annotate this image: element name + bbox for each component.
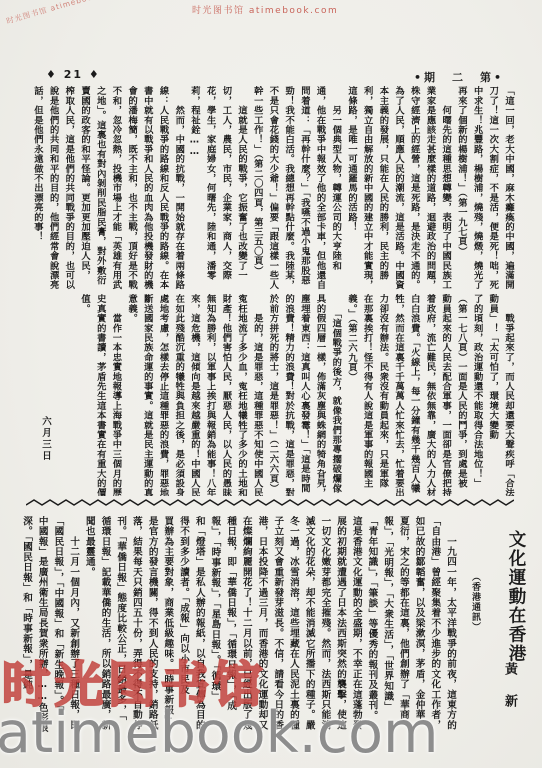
text-column: 勁！我不能白活。我總想再幹點什麼。我陸某， <box>280 86 296 292</box>
corner-watermark: 时光图书馆 atimebook.com <box>5 0 121 27</box>
scanned-page: 时光图书馆 atimebook.com 时光图书馆 atimebook.com … <box>0 0 542 768</box>
text-column: 書中就有以戰爭和人民的血肉為他投機發財的機 <box>139 86 155 292</box>
issue-label: •期 二 第• <box>414 69 504 85</box>
text-column: 這條路，是唯一可通羅馬的活路！ <box>343 86 359 292</box>
text-column: 之地」。這裏也有對內剝削民脂民膏，對外敷衍 <box>92 86 108 292</box>
article1-date: 六月三日 <box>38 416 52 462</box>
text-column: 無知為勝利，以軍事上挨打與報銷為能事！八年 <box>202 294 218 496</box>
text-column: 力卻沒有辦法。民衆沒有動員起來，只是軍隊 <box>375 294 391 496</box>
text-column: 是的，這是罪惡，這種罪惡不知使中國人民 <box>249 294 265 496</box>
text-column: 這就是人民的戰爭，它振奮了也改變了一 <box>233 86 249 292</box>
text-column: 白白浪費。「火線上，每一分鐘有幾千幾百人犧 <box>406 294 422 496</box>
article2-author: 黃 新 <box>500 662 519 710</box>
article1-text-zone1: 「這一回，老大中國，麻木癱瘓的中國，遍滿開刀了！這一次大割症，不是活，便是死！咄… <box>26 86 516 292</box>
text-column: 本主義的發展，只能在人民的勝利，民主的勝 <box>375 86 391 292</box>
top-watermark: 时光图书馆 atimebook.com <box>192 3 338 16</box>
text-column: 一九四一年，太平洋戰爭的前夜，這東方的 <box>442 516 458 768</box>
text-column: （第一七八頁）一面是人民的鬥爭，到處是被 <box>453 294 469 496</box>
text-column: 通，他在戰爭中報效了他的全部卡車，但他還自 <box>312 86 328 292</box>
text-column: 在如此殘酷沉重的犧牲與負担之後，是必須設身 <box>171 294 187 496</box>
text-column: 牲，然而在這裏千千萬萬人忙來忙去，忙着要出 <box>390 294 406 496</box>
text-column: 財產！他們害怕人民，厭惡人民，以人民的愚昧 <box>218 294 234 496</box>
text-column: 話，但是他們永遠做不出漂亮的事！ <box>29 86 45 292</box>
page-number: ♦ 21 ♦ <box>46 68 101 81</box>
text-column: 來，這危機，這傾向是越來越嚴重的！中國人民 <box>186 294 202 496</box>
text-column: 然而，中國的抗戰，一開始就存在着兩條路 <box>171 86 187 292</box>
text-column: 會的潘梅簡，既不主和，也不主戰，頂好是不戰 <box>123 86 139 292</box>
text-column: 線：人民戰爭的路線和反人民戰爭的路線。在本 <box>155 86 171 292</box>
text-column: 另一個典型人物，轉運公司的大亨陸和 <box>328 86 344 292</box>
text-column: 的浪費！精力的浪費！對於抗戰，這是罪惡，對 <box>280 294 296 496</box>
text-column: 莉，程祉銓…… <box>186 86 202 292</box>
text-column: 花，學生，家庭婦女，何曙先，陸和通，潘零 <box>202 86 218 292</box>
text-column: 再來了個新的楊樹浦！」（第一九七頁） <box>453 86 469 292</box>
text-column: 值。 <box>76 294 92 496</box>
text-column: 「這個戰爭的後方，就像我們那專擱破爛傢 <box>328 294 344 496</box>
text-column: 在那裏挨打！怪不得有人說這是軍事的報國主 <box>359 294 375 496</box>
article1-text-zone2: 戰爭起來了，而人民却還要大聲疾呼「合法動員」！「太可怕了，環境大變動了的頃刻，政… <box>26 294 516 496</box>
text-column: 刀了！這一次大割症，不是活，便是死！咄，死 <box>485 86 501 292</box>
text-column: 中求生！兆豐路，楊樹浦，燒殘，燒燬，燒光了 <box>469 86 485 292</box>
article2-title: 文化運動在香港 <box>504 530 529 663</box>
text-column: 問着道：「再幹什麼？」「我嚥不過小鬼那股惡 <box>296 86 312 292</box>
zigzag-line-icon <box>26 498 514 508</box>
text-column: 株守經濟上的經營，這是死路，是決走不通的。 <box>406 86 422 292</box>
text-column: 塵埋着東西：這真叫人心裏發霉！」「這是時間 <box>296 294 312 496</box>
text-column: 何曙先的這種思想轉變，表明了中國民族工 <box>437 86 453 292</box>
text-column: 業家是應該走甚麼樣的道路，迴避政治的問題， <box>422 86 438 292</box>
text-column: 斷送國家民族命運的事實。這就是民主運動的真 <box>139 294 155 496</box>
text-column: 不和，忽冷忽熱，投機市場上才能「英雄有用武 <box>108 86 124 292</box>
text-column: 說是他們的共同和平的目的，他們經常會說漂亮 <box>45 86 61 292</box>
text-column: 史真實的書讀，茅盾先生這本書實在有重大的價 <box>92 294 108 496</box>
text-column: 利，獨立自由解放的新中國的建立中才能實現， <box>359 86 375 292</box>
text-column: 賣國的政客的和平怪論。更加更加壓迫人民， <box>76 86 92 292</box>
text-column: 動員」！「太可怕了，環境大變動 <box>485 294 501 496</box>
text-column: 着政府，流亡難民，無依無靠，廣大的人力人材 <box>422 294 438 496</box>
text-column: 幹一些工作！」（第二〇四頁，第三五〇頁） <box>249 86 265 292</box>
text-column: 當作一本忠實地報導上海戰爭中三個月的歷 <box>108 294 124 496</box>
text-column: 意義。 <box>123 294 139 496</box>
article2-subtitle: （香港通訊） <box>469 572 482 632</box>
text-column: 不是只會花錢的大少爺！」偏要「跟這樣一些人 <box>265 86 281 292</box>
text-column: 寃枉地流了多少血，寃枉地犧牲了多少的土地和 <box>233 294 249 496</box>
text-column: 榨取人民，這是他們的共同戰爭的目的，也可以 <box>61 86 77 292</box>
text-column: 切，工人，農民，市民，企業家，商人，交際 <box>218 86 234 292</box>
bottom-watermark-url: atimebook.com <box>0 700 439 766</box>
text-column: 於前方拼死的將士，這是罪惡！」（二六六頁） <box>265 294 281 496</box>
text-column: 處地考慮，怎樣去停止這種罪惡的浪費，罪惡地 <box>155 294 171 496</box>
text-column: 動員起來的人民去配合軍事，一面卻是官僚把持 <box>437 294 453 496</box>
text-column: 為了人民，順應人民的潮流，這是活路。中國資 <box>390 86 406 292</box>
text-column: 了的頃刻，政治運動還不能取得合法地位！」 <box>469 294 485 496</box>
section-divider <box>26 498 514 508</box>
text-column: 具的假四層一樣，佈滿灰塵與蛛網的犄角旮旯， <box>312 294 328 496</box>
text-column: 義。」（第二六九頁） <box>343 294 359 496</box>
text-column: 「這一回，老大中國，麻木癱瘓的中國，遍滿開 <box>500 86 516 292</box>
text-column: 戰爭起來了，而人民却還要大聲疾呼「合法 <box>500 294 516 496</box>
